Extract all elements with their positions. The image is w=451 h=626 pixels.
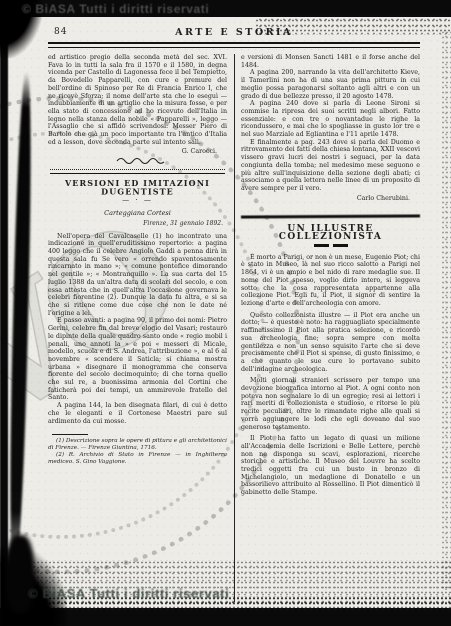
body-paragraph: A pagina 200, narrando la vita dell'arch… (241, 69, 420, 100)
body-paragraph: È morto a Parigi, or non è un mese, Euge… (241, 254, 420, 308)
gutter-shadow (6, 535, 34, 613)
scan-noise (441, 30, 451, 590)
scan-border-bottom (0, 608, 451, 626)
column-divider (234, 54, 235, 602)
scanned-journal-page: © BiASA Tutti i diritti riservati © BiAS… (0, 0, 451, 626)
body-paragraph: Nell'opera del Cavalcaselle (1) ho incon… (48, 233, 227, 318)
title-rule (314, 244, 348, 247)
article-title: UN ILLUSTRE COLLEZIONISTA (241, 226, 420, 241)
body-paragraph: Questo collezionista illustre — il Piot … (241, 312, 420, 374)
footnote: (2) R. Archivio di Stato in Firenze — in… (48, 452, 227, 466)
running-header: 84 ARTE E STORIA (48, 24, 420, 40)
body-paragraph: Il Piot ha fatto un legato di quasi un m… (241, 435, 420, 497)
body-paragraph: E passo avanti: a pagina 90, il primo de… (48, 317, 227, 402)
article-signature: Carlo Cherubini. (241, 195, 420, 203)
footnote-rule (52, 434, 88, 435)
left-column: ed artistico pregio della seconda metà d… (48, 54, 227, 602)
body-paragraph: E finalmente a pag. 243 dove si parla de… (241, 139, 420, 193)
printed-page: 84 ARTE E STORIA ed artistico pregio del… (48, 24, 420, 602)
scan-border-top (0, 0, 451, 17)
body-paragraph: A pagina 144, la ben disegnata filari, d… (48, 402, 227, 425)
end-ornament-squiggle (116, 157, 166, 164)
body-paragraph: e versioni di Monsen Sancti 1481 e il fo… (241, 54, 420, 69)
header-rule (48, 42, 420, 48)
article-byline: Carteggiana Cortesi (48, 210, 227, 218)
scan-border-left (0, 0, 8, 626)
body-paragraph: ed artistico pregio della seconda metà d… (48, 54, 227, 146)
article-signature: G. Carocci. (48, 148, 227, 156)
body-paragraph: Molti giornali stranieri scrissero per t… (241, 377, 420, 431)
section-separator (50, 169, 225, 174)
right-column: e versioni di Monsen Sancti 1481 e il fo… (241, 54, 420, 602)
article-title: VERSIONI ED IMITAZIONI DUGENTISTE (48, 180, 227, 197)
body-paragraph: A pagina 240 dove si parla di Leone Siro… (241, 100, 420, 139)
article-dateline: Firenze, 31 gennaio 1892. (48, 220, 227, 228)
gutter-shadow (7, 72, 34, 572)
footnote: (1) Descrizione sopra le opere di pittur… (48, 438, 227, 452)
journal-title: ARTE E STORIA (48, 27, 420, 38)
scan-corner-blot (0, 0, 42, 58)
article-separator (241, 215, 420, 219)
title-ornament: — · — (48, 197, 227, 205)
